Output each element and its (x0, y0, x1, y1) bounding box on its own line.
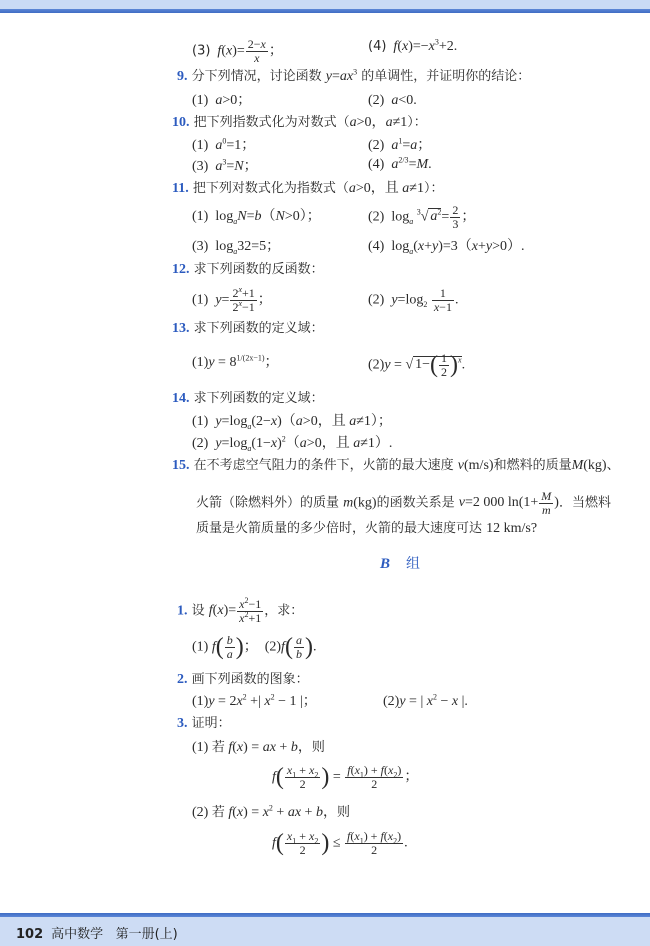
question-number: 1. (177, 603, 188, 618)
b-q3-part1: (1) 若 f(x) = ax + b，则 (192, 741, 325, 755)
question-number: 14. (172, 391, 190, 406)
question-text: 求下列函数的定义域： (194, 391, 324, 406)
q10-part4: (4) a2/3=M. (368, 158, 432, 172)
q13: 13. 求下列函数的定义域： (172, 322, 324, 336)
b-q3-part2: (2) 若 f(x) = x2 + ax + b，则 (192, 806, 350, 820)
question-number: 15. (172, 458, 190, 473)
q15-line2: 火箭（除燃料外）的质量 m(kg)的函数关系是 v=2 000 ln(1+Mm)… (196, 490, 611, 516)
q11-part4: (4) loga(x+y)=3（x+y>0）. (368, 240, 525, 254)
book-volume: 第一册(上) (116, 927, 178, 942)
b-q2-part1: (1)y = 2x2 +| x2 − 1 |； (192, 695, 317, 709)
question-number: 13. (172, 321, 190, 336)
section-letter: B (380, 556, 390, 572)
question-text: 求下列函数的反函数： (194, 262, 324, 277)
question-number: 10. (172, 115, 190, 130)
q10-part2: (2) a1=a； (368, 139, 431, 153)
question-number: 12. (172, 262, 190, 277)
q15-line3: 质量是火箭质量的多少倍时，火箭的最大速度可达 12 km/s? (196, 522, 537, 536)
question-text: 画下列函数的图象： (192, 672, 309, 687)
section-b-heading: B组 (380, 553, 420, 573)
q15: 15. 在不考虑空气阻力的条件下，火箭的最大速度 v(m/s)和燃料的质量M(k… (172, 459, 620, 473)
q10-part1: (1) a0=1； (192, 139, 255, 153)
section-label: 组 (406, 556, 420, 572)
b-q1-parts: (1) f(ba)； (2)f(ab). (192, 634, 316, 660)
header-band (0, 0, 650, 9)
b-q2-part2: (2)y = | x2 − x |. (383, 695, 468, 709)
q10: 10. 把下列指数式化为对数式（a>0，a≠1）： (172, 116, 427, 130)
question-number: 11. (172, 181, 189, 196)
question-number: 3. (177, 716, 188, 731)
q14-part2: (2) y=loga(1−x)2（a>0，且 a≠1）. (192, 437, 392, 451)
page-number: 102 (16, 927, 43, 942)
q10-part3: (3) a3=N； (192, 160, 258, 174)
b-q3: 3. 证明： (177, 717, 231, 731)
q13-part2: (2)y = √1−(12)x. (368, 352, 465, 378)
b-q1: 1. 设 f(x)=x2−1x2+1，求： (177, 598, 303, 624)
b-q3-part2-eq: f(x1 + x22) ≤ f(x1) + f(x2)2. (272, 830, 408, 856)
question-number: 9. (177, 69, 188, 84)
q11-part2: (2) loga 3√a2=23； (368, 204, 475, 230)
question-text: 证明： (192, 716, 231, 731)
header-rule (0, 9, 650, 13)
q8-part4: (4) f(x)=−x3+2. (368, 40, 457, 54)
q11: 11. 把下列对数式化为指数式（a>0，且 a≠1）： (172, 182, 444, 196)
question-number: 2. (177, 672, 188, 687)
b-q3-part1-eq: f(x1 + x22) = f(x1) + f(x2)2； (272, 764, 418, 790)
question-text: 求下列函数的定义域： (194, 321, 324, 336)
q12-part1: (1) y=2x+12x−1； (192, 287, 272, 313)
book-title: 高中数学 (51, 927, 103, 942)
q11-part1: (1) logaN=b（N>0）； (192, 210, 321, 224)
q9: 9. 分下列情况，讨论函数 y=ax3 的单调性，并证明你的结论： (177, 70, 530, 84)
q12-part2: (2) y=log2 1x−1. (368, 287, 458, 313)
q14-part1: (1) y=loga(2−x)（a>0，且 a≠1）； (192, 415, 392, 429)
q13-part1: (1)y = 81/(2x−1)； (192, 356, 279, 370)
q11-part3: (3) loga32=5； (192, 240, 280, 254)
q9-part2: (2) a<0. (368, 94, 417, 108)
q8-part3: (3) f(x)=2−xx； (192, 38, 283, 64)
q9-part1: (1) a>0； (192, 94, 251, 108)
page-footer: 102高中数学 第一册(上) (16, 923, 178, 942)
q14: 14. 求下列函数的定义域： (172, 392, 324, 406)
b-q2: 2. 画下列函数的图象： (177, 673, 309, 687)
q12: 12. 求下列函数的反函数： (172, 263, 324, 277)
